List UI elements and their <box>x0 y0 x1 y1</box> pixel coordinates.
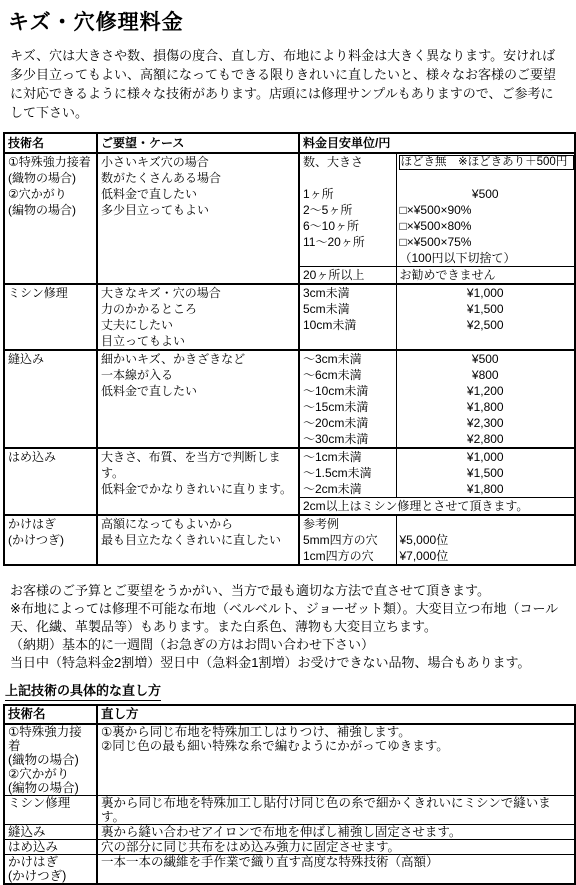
request-cell: 大きさ、布質、を当方で判断します。 低料金でかなりきれいに直ります。 <box>97 448 299 515</box>
page-title: キズ・穴修理料金 <box>8 6 576 36</box>
tech-cell: 縫込み <box>4 350 97 448</box>
price-cell: ¥500 <box>396 350 575 367</box>
empty-cell <box>396 170 575 186</box>
header-cell-method: 直し方 <box>97 705 575 724</box>
size-cell: ～15cm未満 <box>299 399 396 415</box>
price-cell: ¥1,800 <box>396 399 575 415</box>
price-cell: ¥5,000位 <box>396 532 575 548</box>
tech-cell: ①特殊強力接着 (織物の場合) ②穴かがり (編物の場合) <box>4 724 97 796</box>
size-cell: ～1.5cm未満 <box>299 465 396 481</box>
price-cell: ¥500 <box>396 186 575 202</box>
fee-row-inset: はめ込み 大きさ、布質、を当方で判断します。 低料金でかなりきれいに直ります。 … <box>4 448 575 465</box>
method-row-inset: はめ込み 穴の部分に同じ共布をはめ込み強力に固定させます。 <box>4 840 575 855</box>
price-cell: ¥1,200 <box>396 383 575 399</box>
empty-cell <box>396 333 575 350</box>
price-cell: ¥1,800 <box>396 481 575 498</box>
price-cell: □×¥500×90% <box>396 202 575 218</box>
method-cell: 一本一本の繊維を手作業で織り直す高度な特殊技術（高額） <box>97 855 575 885</box>
size-cell: 3cm未満 <box>299 284 396 301</box>
size-cell: 5mm四方の穴 <box>299 532 396 548</box>
tech-cell: 縫込み <box>4 825 97 840</box>
note-cell: 2cm以上はミシン修理とさせて頂きます。 <box>299 498 575 516</box>
method-cell: 裏から縫い合わせアイロンで布地を伸ばし補強し固定させます。 <box>97 825 575 840</box>
unravel-note-box: ほどき無 ※ほどきあり＋500円 <box>399 155 575 170</box>
price-cell: □×¥500×75% <box>396 234 575 250</box>
example-label-cell: 参考例 <box>299 515 396 532</box>
method-row-machine: ミシン修理 裏から同じ布地を特殊加工し貼付け同じ色の糸で細かくきれいにミシンで縫… <box>4 796 575 825</box>
price-cell: ¥2,300 <box>396 415 575 431</box>
request-cell: 大きなキズ・穴の場合 力のかかるところ 丈夫にしたい 目立ってもよい <box>97 284 299 350</box>
empty-cell <box>299 170 396 186</box>
empty-cell <box>299 333 396 350</box>
size-cell: 1cm四方の穴 <box>299 548 396 565</box>
empty-cell <box>396 515 575 532</box>
price-cell: ¥2,800 <box>396 431 575 448</box>
notes-paragraphs: お客様のご予算とご要望をうかがい、当方で最も適切な方法で直させて頂きます。 ※布… <box>10 582 566 672</box>
size-cell <box>299 250 396 267</box>
methods-heading: 上記技術の具体的な直し方 <box>5 680 161 701</box>
size-cell: 1ヶ所 <box>299 186 396 202</box>
size-cell: 10cm未満 <box>299 317 396 333</box>
fee-row-machine: ミシン修理 大きなキズ・穴の場合 力のかかるところ 丈夫にしたい 目立ってもよい… <box>4 284 575 301</box>
method-row-tuck: 縫込み 裏から縫い合わせアイロンで布地を伸ばし補強し固定させます。 <box>4 825 575 840</box>
document-page: キズ・穴修理料金 キズ、穴は大きさや数、損傷の度合、直し方、布地により料金は大き… <box>0 0 576 885</box>
request-cell: 小さいキズ穴の場合 数がたくさんある場合 低料金で直したい 多少目立ってもよい <box>97 153 299 284</box>
size-cell: 5cm未満 <box>299 301 396 317</box>
size-cell: ～6cm未満 <box>299 367 396 383</box>
method-cell: ①裏から同じ布地を特殊加工しはりつけ、補強します。 ②同じ色の最も細い特殊な糸で… <box>97 724 575 796</box>
size-cell: ～10cm未満 <box>299 383 396 399</box>
price-cell: ¥7,000位 <box>396 548 575 565</box>
method-table: 技術名 直し方 ①特殊強力接着 (織物の場合) ②穴かがり (編物の場合) ①裏… <box>3 704 576 885</box>
size-cell: ～3cm未満 <box>299 350 396 367</box>
price-cell: ¥1,500 <box>396 465 575 481</box>
method-row-reweave: かけはぎ (かけつぎ) 一本一本の繊維を手作業で織り直す高度な特殊技術（高額） <box>4 855 575 885</box>
size-cell: 2～5ヶ所 <box>299 202 396 218</box>
size-cell: ～20cm未満 <box>299 415 396 431</box>
method-table-header-row: 技術名 直し方 <box>4 705 575 724</box>
size-cell: 11～20ヶ所 <box>299 234 396 250</box>
price-cell: ¥2,500 <box>396 317 575 333</box>
request-cell: 細かいキズ、かきざきなど 一本線が入る 低料金で直したい <box>97 350 299 448</box>
tech-cell: ミシン修理 <box>4 284 97 350</box>
size-header-cell: 数、大きさ <box>299 153 396 170</box>
tech-cell: はめ込み <box>4 840 97 855</box>
price-cell: □×¥500×80% <box>396 218 575 234</box>
header-cell-tech: 技術名 <box>4 705 97 724</box>
intro-paragraph: キズ、穴は大きさや数、損傷の度合、直し方、布地により料金は大きく異なります。安け… <box>10 46 566 122</box>
fee-table: 技術名 ご要望・ケース 料金目安単位/円 ①特殊強力接着 (織物の場合) ②穴か… <box>3 132 576 566</box>
size-cell: ～1cm未満 <box>299 448 396 465</box>
tech-cell: ①特殊強力接着 (織物の場合) ②穴かがり (編物の場合) <box>4 153 97 284</box>
fee-row-reweave: かけはぎ (かけつぎ) 高額になってもよいから 最も目立たなくきれいに直したい … <box>4 515 575 532</box>
price-header-cell: ほどき無 ※ほどきあり＋500円 <box>396 153 575 170</box>
size-cell: 20ヶ所以上 <box>299 267 396 285</box>
fee-row-adhesion: ①特殊強力接着 (織物の場合) ②穴かがり (編物の場合) 小さいキズ穴の場合 … <box>4 153 575 170</box>
fee-row-tuck: 縫込み 細かいキズ、かきざきなど 一本線が入る 低料金で直したい ～3cm未満 … <box>4 350 575 367</box>
header-cell-request: ご要望・ケース <box>97 133 299 153</box>
method-cell: 穴の部分に同じ共布をはめ込み強力に固定させます。 <box>97 840 575 855</box>
price-cell: ¥1,500 <box>396 301 575 317</box>
price-cell: ¥1,000 <box>396 448 575 465</box>
method-row-adhesion: ①特殊強力接着 (織物の場合) ②穴かがり (編物の場合) ①裏から同じ布地を特… <box>4 724 575 796</box>
header-cell-price: 料金目安単位/円 <box>299 133 575 153</box>
price-cell: ¥1,000 <box>396 284 575 301</box>
tech-cell: はめ込み <box>4 448 97 515</box>
tech-cell: かけはぎ (かけつぎ) <box>4 515 97 565</box>
tech-cell: かけはぎ (かけつぎ) <box>4 855 97 885</box>
request-cell: 高額になってもよいから 最も目立たなくきれいに直したい <box>97 515 299 565</box>
tech-cell: ミシン修理 <box>4 796 97 825</box>
size-cell: 6～10ヶ所 <box>299 218 396 234</box>
price-cell: ¥800 <box>396 367 575 383</box>
price-cell: お勧めできません <box>396 267 575 285</box>
method-cell: 裏から同じ布地を特殊加工し貼付け同じ色の糸で細かくきれいにミシンで縫います。 <box>97 796 575 825</box>
price-cell: （100円以下切捨て） <box>396 250 575 267</box>
size-cell: ～30cm未満 <box>299 431 396 448</box>
size-cell: ～2cm未満 <box>299 481 396 498</box>
fee-table-header-row: 技術名 ご要望・ケース 料金目安単位/円 <box>4 133 575 153</box>
header-cell-tech: 技術名 <box>4 133 97 153</box>
